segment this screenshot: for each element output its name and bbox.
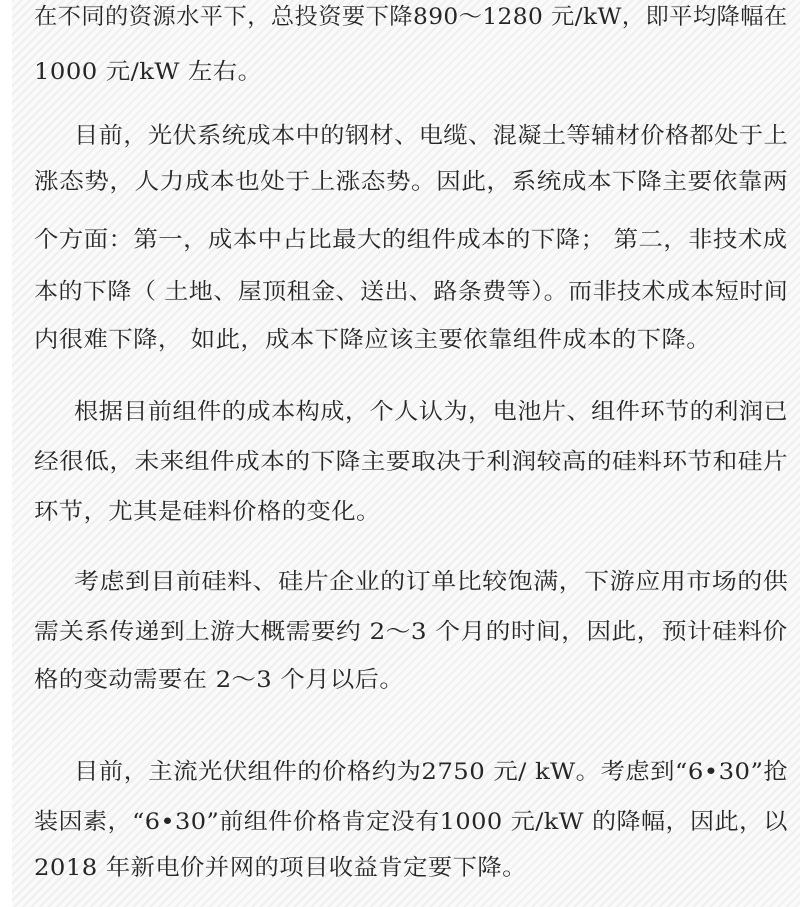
paragraph-2-line-3: 个方面：第一，成本中占比最大的组件成本的下降； 第二，非技术成 <box>34 225 788 255</box>
paragraph-2-line-2: 涨态势，人力成本也处于上涨态势。因此，系统成本下降主要依靠两 <box>34 167 788 197</box>
document-page: 在不同的资源水平下，总投资要下降890～1280 元/kW，即平均降幅在 100… <box>12 0 800 907</box>
paragraph-3-line-3: 环节，尤其是硅料价格的变化。 <box>34 497 381 527</box>
paragraph-5-line-1: 目前，主流光伏组件的价格约为2750 元/ kW。考虑到“6•30”抢 <box>74 757 788 787</box>
paragraph-4-line-1: 考虑到目前硅料、硅片企业的订单比较饱满，下游应用市场的供 <box>74 567 788 597</box>
paragraph-1-line-2: 1000 元/kW 左右。 <box>34 57 262 87</box>
paragraph-3-line-2: 经很低，未来组件成本的下降主要取决于利润较高的硅料环节和硅片 <box>34 447 788 477</box>
paragraph-5-line-3: 2018 年新电价并网的项目收益肯定要下降。 <box>34 853 527 883</box>
paragraph-5-line-2: 装因素，“6•30”前组件价格肯定没有1000 元/kW 的降幅，因此，以 <box>34 807 788 837</box>
paragraph-3-line-1: 根据目前组件的成本构成，个人认为，电池片、组件环节的利润已 <box>74 397 788 427</box>
paragraph-1-line-1: 在不同的资源水平下，总投资要下降890～1280 元/kW，即平均降幅在 <box>34 2 788 32</box>
paragraph-4-line-2: 需关系传递到上游大概需要约 2～3 个月的时间，因此，预计硅料价 <box>34 617 788 647</box>
paragraph-2-line-5: 内很难下降， 如此，成本下降应该主要依靠组件成本的下降。 <box>34 325 711 355</box>
paragraph-2-line-4: 本的下降（ 土地、屋顶租金、送出、路条费等）。而非技术成本短时间 <box>34 277 788 307</box>
paragraph-4-line-3: 格的变动需要在 2～3 个月以后。 <box>34 665 404 695</box>
paragraph-2-line-1: 目前，光伏系统成本中的钢材、电缆、混凝土等辅材价格都处于上 <box>74 121 788 151</box>
